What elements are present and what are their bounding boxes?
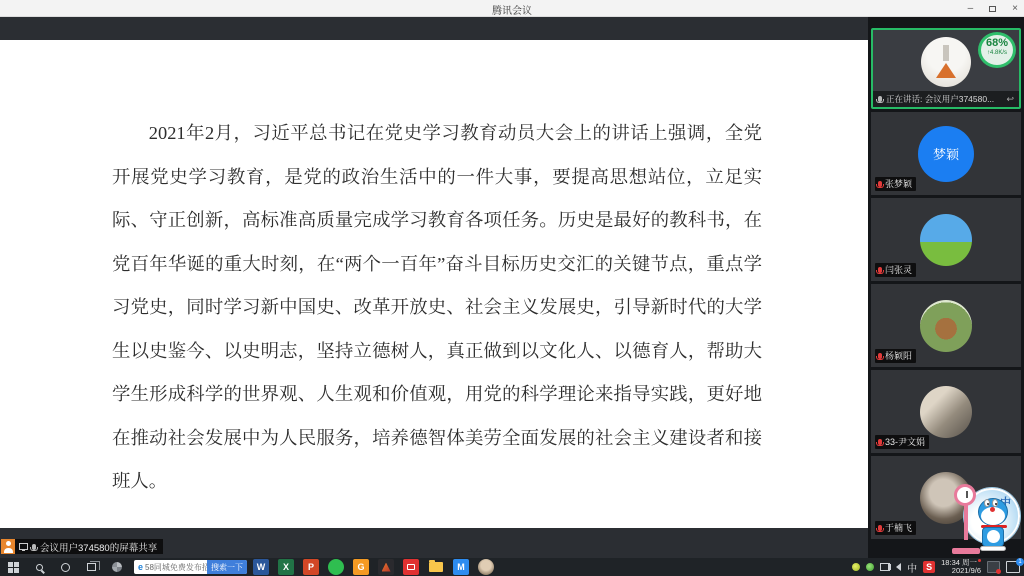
- windows-logo-icon: [8, 562, 19, 573]
- browser-e-icon: e: [134, 562, 145, 572]
- doraemon-body: [982, 527, 1004, 547]
- participant-name-tag: 张梦颖: [875, 177, 916, 191]
- tray-green-ball-icon[interactable]: [866, 563, 874, 571]
- file-explorer-icon[interactable]: [428, 559, 444, 575]
- network-percent: 68%: [981, 38, 1013, 49]
- restore-button[interactable]: [989, 6, 996, 12]
- taskbar-search-button[interactable]: [26, 558, 52, 576]
- window-controls: – ×: [968, 0, 1018, 17]
- doraemon-figure: [976, 498, 1010, 554]
- meeting-content: 2021年2月，习近平总书记在党史学习教育动员大会上的讲话上强调，全党开展党史学…: [0, 17, 1024, 558]
- search-icon: [36, 564, 43, 571]
- green-browser-app-icon[interactable]: [328, 559, 344, 575]
- system-tray: 中 S 18:34 周一 2021/9/6 1: [852, 559, 1024, 575]
- pinwheel-app-button[interactable]: [104, 558, 130, 576]
- contact-avatar-icon[interactable]: [478, 559, 494, 575]
- doraemon-eye: [992, 499, 998, 507]
- app-letter: X: [283, 562, 289, 572]
- notification-center-icon[interactable]: 1: [1006, 561, 1020, 573]
- participant-name-tag: 闫张灵: [875, 263, 916, 277]
- clock-icon: [954, 484, 976, 506]
- video-tile[interactable]: 33-尹文娟: [871, 370, 1021, 453]
- reply-arrow-icon[interactable]: ↩: [1006, 94, 1014, 105]
- window-titlebar: 腾讯会议 – ×: [0, 0, 1024, 17]
- muted-mic-icon: [878, 525, 882, 531]
- participant-name-tag: 于楠飞: [875, 521, 916, 535]
- app-letter: G: [358, 562, 365, 572]
- monitor-icon: [19, 543, 28, 550]
- participant-name: 张梦颖: [885, 178, 912, 190]
- doraemon-nose: [990, 507, 995, 512]
- doraemon-eye: [984, 499, 990, 507]
- participant-name-tag: 33-尹文娟: [875, 435, 929, 449]
- video-tile[interactable]: 梦颖 张梦颖: [871, 112, 1021, 195]
- start-button[interactable]: [0, 558, 26, 576]
- avatar-initials: 梦颖: [918, 126, 974, 182]
- tray-date: 2021/9/6: [941, 567, 981, 575]
- participant-name: 杨颖阳: [885, 350, 912, 362]
- app-letter: M: [457, 562, 465, 572]
- muted-mic-icon: [878, 181, 882, 187]
- red-dot-indicator: [978, 559, 981, 562]
- video-tile[interactable]: 闫张灵: [871, 198, 1021, 281]
- muted-mic-icon: [878, 439, 882, 445]
- word-app-icon[interactable]: W: [253, 559, 269, 575]
- matlab-app-icon[interactable]: [378, 559, 394, 575]
- participant-name: 于楠飞: [885, 522, 912, 534]
- muted-mic-icon: [878, 353, 882, 359]
- close-button[interactable]: ×: [1012, 0, 1018, 17]
- search-suggestion-text: 58同城免费发布招...: [145, 562, 207, 573]
- avatar-landscape: [920, 214, 972, 266]
- taskbar-app-icons: W X P G M: [253, 559, 494, 575]
- document-paragraph: 2021年2月，习近平总书记在党史学习教育动员大会上的讲话上强调，全党开展党史学…: [112, 112, 762, 504]
- blue-m-app-icon[interactable]: M: [453, 559, 469, 575]
- share-indicator-label-bar: 会议用户374580的屏幕共享: [15, 539, 163, 554]
- ime-indicator[interactable]: 中: [907, 560, 917, 575]
- cortana-icon: [61, 563, 70, 572]
- avatar-cartoon: [920, 300, 972, 352]
- volume-icon[interactable]: [896, 563, 901, 571]
- task-view-icon: [87, 563, 96, 571]
- avatar-flask: [921, 37, 971, 87]
- pinwheel-icon: [112, 562, 122, 572]
- participant-name: 33-尹文娟: [885, 436, 925, 448]
- share-indicator-text: 会议用户374580的屏幕共享: [40, 540, 157, 554]
- taskbar-clock[interactable]: 18:34 周一 2021/9/6: [941, 559, 981, 575]
- network-speed: ↑4.8K/s: [981, 49, 1013, 57]
- video-tile-active-speaker[interactable]: 68% ↑4.8K/s 正在讲话: 会议用户374580... ↩: [871, 28, 1021, 109]
- doraemon-feet: [980, 546, 1006, 551]
- orange-g-app-icon[interactable]: G: [353, 559, 369, 575]
- avatar-photo: [920, 386, 972, 438]
- participant-name: 闫张灵: [885, 264, 912, 276]
- doraemon-clock-widget[interactable]: 中: [944, 474, 1020, 556]
- desktop-screen: 腾讯会议 – × 2021年2月，习近平总书记在党史学习教育动员大会上的讲话上强…: [0, 0, 1024, 576]
- video-tile[interactable]: 杨颖阳: [871, 284, 1021, 367]
- tray-speedball-icon[interactable]: [852, 563, 860, 571]
- window-title: 腾讯会议: [0, 2, 1024, 17]
- powerpoint-app-icon[interactable]: P: [303, 559, 319, 575]
- excel-app-icon[interactable]: X: [278, 559, 294, 575]
- app-letter: P: [308, 562, 314, 572]
- shared-screen-document: 2021年2月，习近平总书记在党史学习教育动员大会上的讲话上强调，全党开展党史学…: [0, 40, 868, 528]
- clock-pole: [964, 500, 968, 540]
- red-app-icon[interactable]: [403, 559, 419, 575]
- active-speaker-bar: 正在讲话: 会议用户374580... ↩: [873, 91, 1019, 107]
- sogou-ime-icon[interactable]: S: [923, 561, 935, 573]
- network-quality-badge: 68% ↑4.8K/s: [978, 32, 1016, 68]
- task-view-button[interactable]: [78, 558, 104, 576]
- active-speaker-label: 正在讲话: 会议用户374580...: [886, 93, 994, 105]
- search-go-button[interactable]: 搜索一下: [207, 560, 247, 574]
- windows-taskbar: e 58同城免费发布招... 搜索一下 W X P G M 中 S 18:34 …: [0, 558, 1024, 576]
- notification-badge: 1: [1016, 558, 1024, 566]
- doraemon-belly: [987, 530, 1000, 543]
- mic-icon: [32, 544, 36, 550]
- meeting-app-icon: [1, 539, 15, 554]
- cortana-button[interactable]: [52, 558, 78, 576]
- muted-mic-icon: [878, 267, 882, 273]
- participant-name-tag: 杨颖阳: [875, 349, 916, 363]
- app-letter: W: [257, 562, 266, 572]
- minimize-button[interactable]: –: [968, 0, 974, 17]
- mic-icon: [878, 96, 882, 102]
- tray-app-alert-icon[interactable]: [987, 561, 1000, 573]
- taskbar-search-widget[interactable]: e 58同城免费发布招... 搜索一下: [134, 560, 247, 574]
- screen-share-indicator[interactable]: 会议用户374580的屏幕共享: [1, 539, 163, 554]
